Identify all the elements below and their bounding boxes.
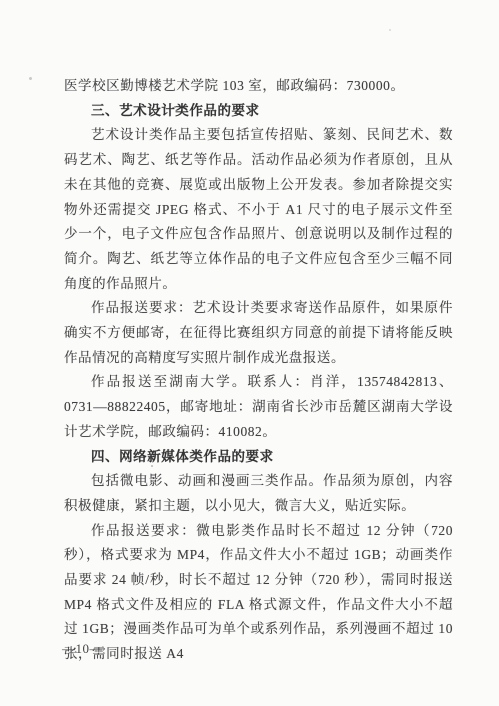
paragraph-new-media-scope: 包括微电影、动画和漫画三类作品。作品须为原创，内容积极健康，紧扣主题，以小见大，… xyxy=(64,469,453,518)
section-heading-new-media: 四、网络新媒体类作品的要求 xyxy=(64,445,453,470)
paragraph-art-design-scope: 艺术设计类作品主要包括宣传招贴、篆刻、民间艺术、数码艺术、陶艺、纸艺等作品。活动… xyxy=(64,123,453,296)
paragraph-address-continuation: 医学校区勤博楼艺术学院 103 室，邮政编码：730000。 xyxy=(64,74,453,99)
section-heading-art-design: 三、艺术设计类作品的要求 xyxy=(64,99,453,124)
scan-speck xyxy=(29,77,32,80)
paragraph-new-media-submission: 作品报送要求：微电影类作品时长不超过 12 分钟（720 秒），格式要求为 MP… xyxy=(64,519,453,667)
paragraph-art-design-contact: 作品报送至湖南大学。联系人：肖洋，13574842813、0731—888224… xyxy=(64,370,453,444)
document-body: 医学校区勤博楼艺术学院 103 室，邮政编码：730000。 三、艺术设计类作品… xyxy=(64,74,453,667)
page-number: —10— xyxy=(62,641,103,657)
scanned-document-page: 医学校区勤博楼艺术学院 103 室，邮政编码：730000。 三、艺术设计类作品… xyxy=(0,0,499,706)
paragraph-art-design-submission: 作品报送要求：艺术设计类要求寄送作品原件，如果原件确实不方便邮寄，在征得比赛组织… xyxy=(64,296,453,370)
scan-speck xyxy=(389,29,391,31)
